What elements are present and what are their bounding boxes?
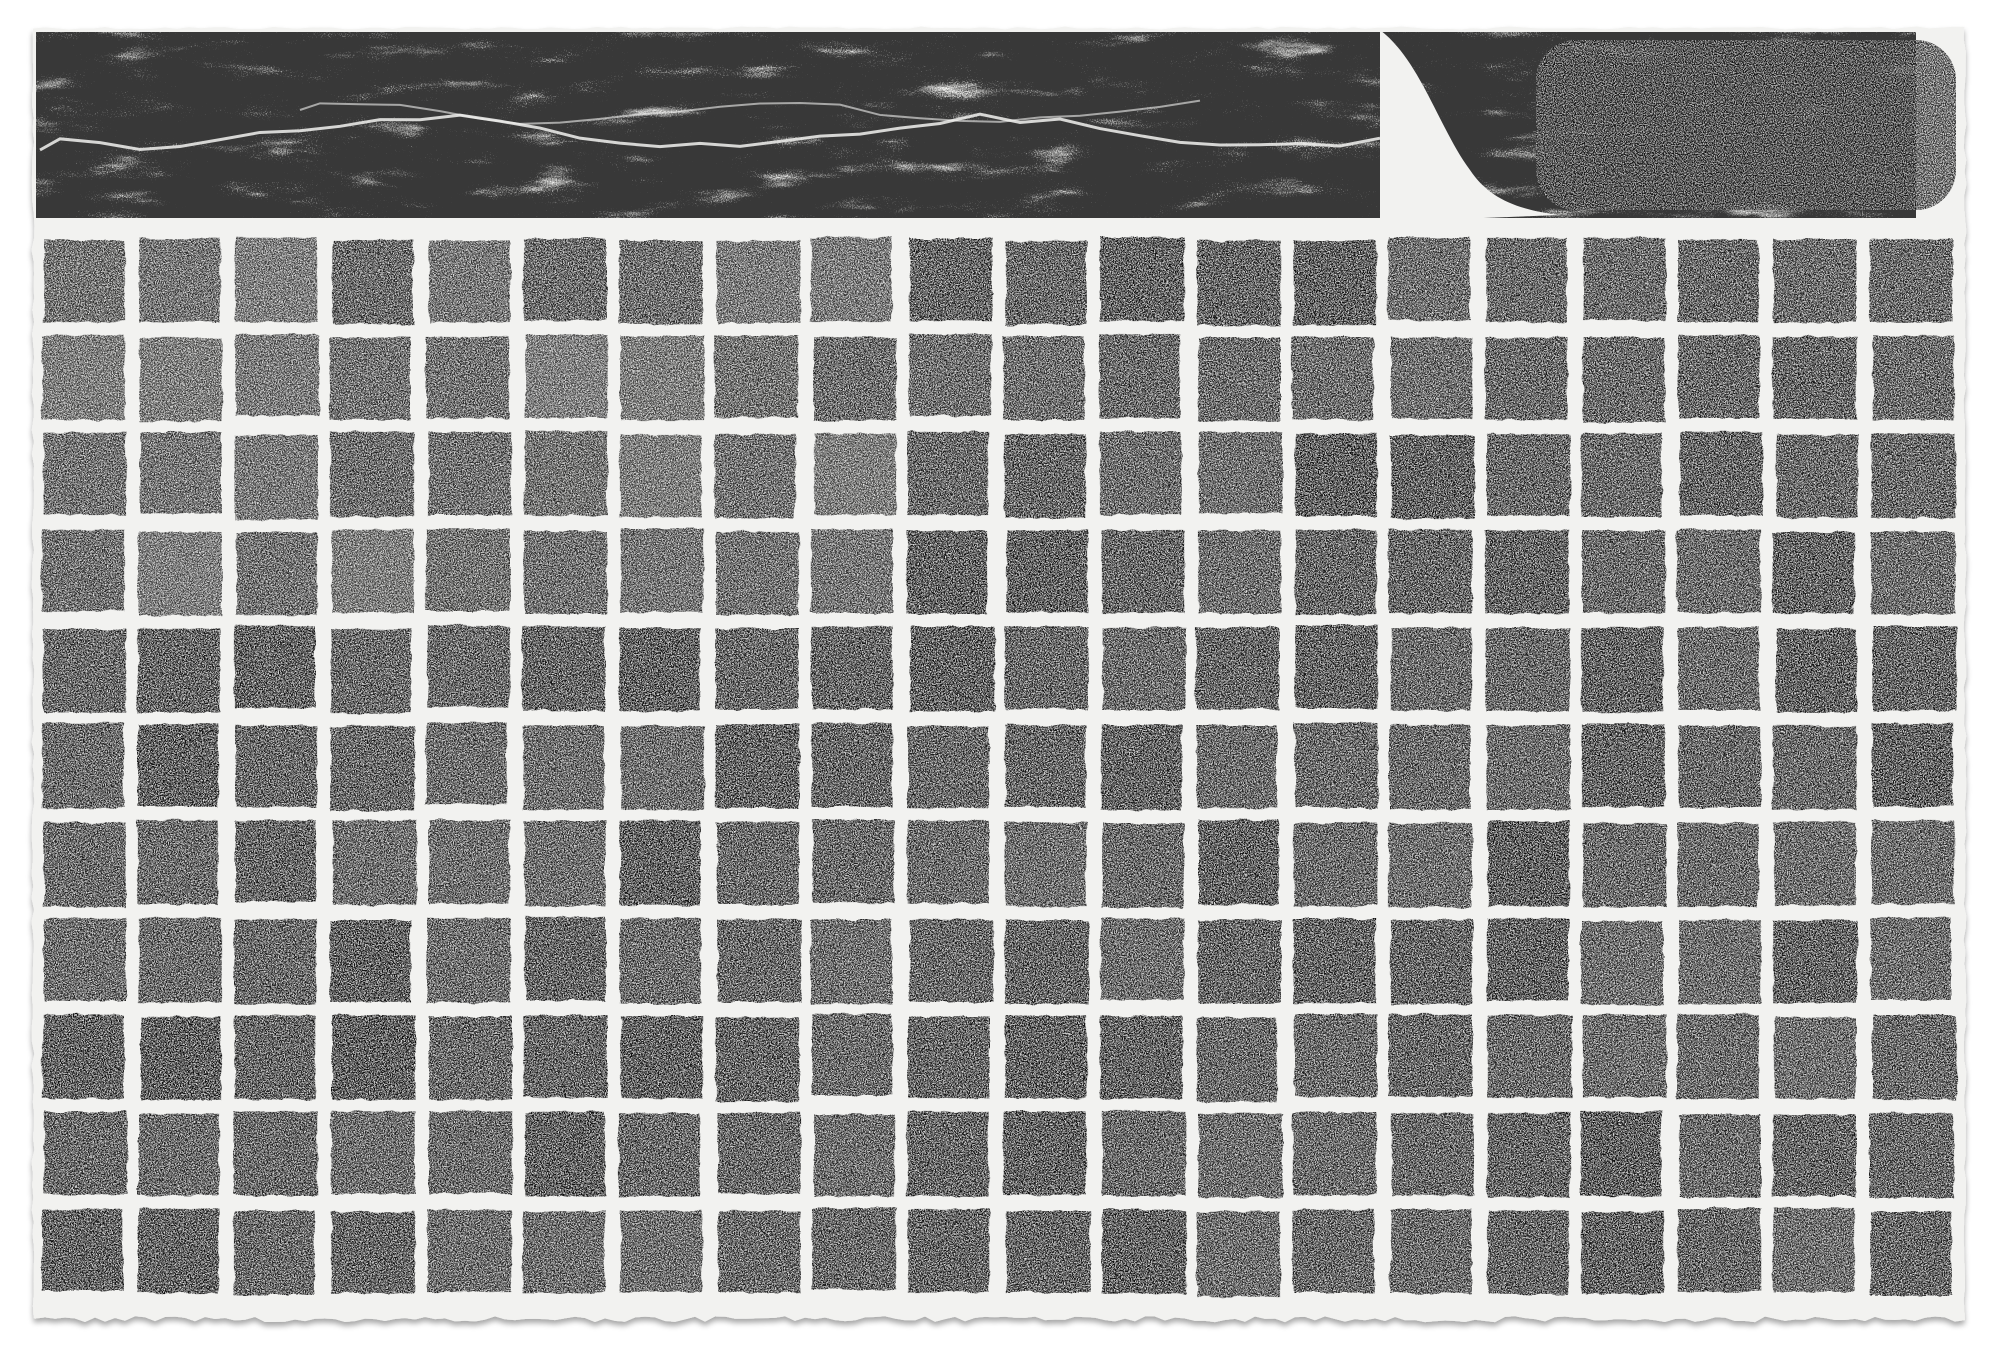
tile bbox=[716, 532, 799, 615]
tile bbox=[1581, 921, 1664, 1005]
tile bbox=[1294, 241, 1377, 325]
tile bbox=[620, 435, 701, 517]
tile bbox=[1487, 1113, 1570, 1197]
tile bbox=[1773, 726, 1857, 810]
tile bbox=[1100, 1016, 1182, 1098]
tile bbox=[811, 529, 893, 613]
tile bbox=[1774, 1017, 1856, 1098]
tile bbox=[429, 1017, 512, 1100]
tile bbox=[428, 1210, 512, 1292]
tile bbox=[908, 726, 989, 808]
tile bbox=[910, 239, 993, 321]
tile bbox=[1391, 435, 1475, 518]
tile bbox=[1485, 338, 1567, 420]
tile bbox=[234, 919, 316, 1004]
tile bbox=[1004, 434, 1085, 518]
tile bbox=[1197, 1212, 1281, 1297]
tile bbox=[44, 1112, 127, 1195]
tile bbox=[1776, 435, 1858, 518]
tile bbox=[138, 532, 222, 616]
paper-sheet bbox=[32, 27, 1967, 1323]
tile bbox=[1871, 918, 1951, 1000]
tile bbox=[1487, 434, 1570, 515]
tile bbox=[812, 724, 892, 807]
tile bbox=[140, 338, 222, 421]
tile bbox=[140, 239, 221, 322]
tile bbox=[1679, 335, 1760, 418]
tile bbox=[427, 625, 509, 706]
tile bbox=[812, 1014, 892, 1096]
tile bbox=[234, 1211, 314, 1296]
tile bbox=[138, 725, 219, 807]
tile bbox=[42, 1210, 123, 1291]
tile bbox=[1581, 627, 1663, 712]
tile bbox=[619, 241, 702, 324]
tile bbox=[716, 629, 799, 710]
tile bbox=[1099, 334, 1180, 417]
tile bbox=[1872, 723, 1953, 806]
tile bbox=[1581, 1112, 1662, 1196]
tile bbox=[1486, 628, 1570, 711]
tile bbox=[1488, 1015, 1572, 1098]
tile bbox=[1006, 1211, 1090, 1293]
tile bbox=[1391, 920, 1472, 1004]
tile bbox=[42, 335, 125, 420]
tile bbox=[235, 238, 317, 323]
tile bbox=[426, 336, 509, 418]
tile bbox=[1295, 723, 1378, 808]
tile bbox=[1677, 530, 1761, 613]
tile bbox=[1776, 629, 1857, 712]
tile bbox=[1388, 823, 1472, 907]
tile bbox=[1583, 823, 1666, 907]
tile bbox=[234, 626, 315, 708]
tile bbox=[428, 432, 511, 515]
tile bbox=[1196, 627, 1279, 709]
print-artwork bbox=[0, 0, 2000, 1356]
tile bbox=[718, 1113, 801, 1194]
tile bbox=[911, 627, 995, 712]
tile bbox=[44, 918, 127, 1001]
tile bbox=[524, 531, 607, 614]
tile bbox=[235, 435, 318, 520]
tile bbox=[141, 432, 222, 513]
tile bbox=[621, 529, 704, 613]
tile bbox=[1392, 1113, 1474, 1195]
tile bbox=[619, 628, 700, 711]
tile bbox=[1197, 725, 1277, 808]
tile bbox=[1005, 1016, 1086, 1099]
tile bbox=[1678, 1208, 1761, 1292]
tile bbox=[525, 917, 606, 1001]
tile bbox=[1773, 337, 1857, 419]
tile bbox=[330, 920, 411, 1002]
tile bbox=[715, 434, 796, 518]
tile bbox=[1294, 919, 1376, 1004]
tile bbox=[1677, 1014, 1759, 1099]
tile bbox=[1292, 337, 1373, 419]
tile bbox=[908, 1017, 990, 1099]
tile bbox=[236, 820, 316, 901]
tile bbox=[1295, 626, 1378, 709]
tile bbox=[1103, 627, 1186, 710]
tile bbox=[1102, 1210, 1186, 1293]
tile bbox=[234, 1111, 318, 1195]
tile bbox=[1391, 1209, 1472, 1293]
tile bbox=[907, 1111, 988, 1196]
tile bbox=[907, 531, 987, 614]
tile bbox=[717, 822, 799, 905]
tile bbox=[1774, 821, 1855, 905]
tile bbox=[1680, 432, 1763, 516]
tile bbox=[235, 1016, 316, 1100]
tile bbox=[1101, 919, 1184, 1000]
tile bbox=[1873, 1015, 1957, 1100]
tile bbox=[1871, 1212, 1952, 1297]
tile bbox=[139, 918, 222, 1003]
tile bbox=[908, 1209, 989, 1292]
tile bbox=[1678, 240, 1758, 322]
tile bbox=[1488, 821, 1569, 906]
tile bbox=[621, 1016, 703, 1098]
tile bbox=[909, 334, 991, 416]
tile bbox=[1102, 1111, 1186, 1196]
tile bbox=[1774, 239, 1857, 322]
tile bbox=[1872, 821, 1955, 904]
tile bbox=[1389, 1014, 1472, 1096]
tile bbox=[1678, 627, 1759, 710]
tile bbox=[1873, 627, 1957, 711]
tile bbox=[718, 919, 802, 1002]
tile bbox=[1583, 338, 1665, 423]
tile bbox=[427, 918, 511, 1002]
tile bbox=[1295, 530, 1376, 615]
tile bbox=[907, 820, 989, 903]
tile bbox=[812, 626, 893, 709]
tile bbox=[330, 432, 413, 517]
tile bbox=[1295, 434, 1377, 516]
tile bbox=[1679, 1115, 1761, 1198]
tile bbox=[525, 431, 608, 515]
tile bbox=[812, 1208, 896, 1289]
tile bbox=[42, 530, 125, 611]
tile bbox=[236, 334, 320, 415]
tile bbox=[1100, 432, 1181, 515]
tile bbox=[1582, 725, 1665, 807]
tile bbox=[429, 820, 509, 904]
tile bbox=[1487, 725, 1571, 810]
tile bbox=[43, 1015, 124, 1099]
tile bbox=[1773, 532, 1855, 613]
tile bbox=[523, 239, 607, 321]
tile bbox=[1294, 823, 1378, 906]
tile bbox=[1103, 824, 1184, 908]
tile bbox=[1870, 1113, 1954, 1198]
tile bbox=[332, 1015, 416, 1100]
tile bbox=[1486, 238, 1567, 322]
tile bbox=[1198, 920, 1281, 1004]
tile bbox=[715, 724, 799, 808]
tile bbox=[1583, 1015, 1667, 1098]
tile bbox=[1773, 1208, 1854, 1292]
tile bbox=[910, 919, 994, 1002]
tile bbox=[1101, 725, 1182, 810]
tile bbox=[1679, 920, 1761, 1005]
tile bbox=[429, 1111, 513, 1193]
tile bbox=[1198, 531, 1280, 614]
tile bbox=[618, 1113, 699, 1196]
tile bbox=[141, 1017, 222, 1100]
tile bbox=[1100, 237, 1184, 321]
tile bbox=[429, 240, 511, 323]
tile bbox=[1003, 336, 1084, 420]
tile bbox=[1197, 1018, 1277, 1102]
tile bbox=[1389, 530, 1472, 613]
tile bbox=[621, 726, 704, 810]
tile bbox=[1293, 1210, 1375, 1293]
tile bbox=[1870, 239, 1953, 322]
tile bbox=[1006, 530, 1087, 612]
tile bbox=[1871, 434, 1955, 518]
tile bbox=[1294, 1014, 1377, 1097]
tile bbox=[525, 821, 605, 906]
tile bbox=[1003, 1112, 1086, 1196]
tile bbox=[814, 1115, 895, 1197]
tile bbox=[1390, 725, 1471, 810]
tile bbox=[522, 626, 605, 711]
tile bbox=[621, 1211, 703, 1293]
tile bbox=[524, 1016, 607, 1098]
tile bbox=[333, 820, 417, 904]
tile bbox=[1774, 920, 1857, 1003]
tile bbox=[331, 1212, 414, 1294]
tile bbox=[1485, 530, 1569, 614]
tile bbox=[1005, 627, 1088, 710]
tile bbox=[138, 629, 220, 713]
tile bbox=[1581, 434, 1662, 517]
tile bbox=[1199, 820, 1279, 904]
tile bbox=[42, 723, 123, 808]
tile bbox=[138, 1209, 219, 1293]
tile bbox=[811, 920, 892, 1004]
tile bbox=[1388, 237, 1470, 320]
tile bbox=[1679, 726, 1761, 808]
tile bbox=[44, 823, 126, 907]
tile bbox=[139, 1114, 220, 1196]
tile bbox=[621, 336, 705, 420]
tile bbox=[1581, 1212, 1663, 1294]
tile bbox=[1198, 338, 1280, 422]
tile bbox=[43, 433, 126, 515]
tile bbox=[811, 237, 892, 321]
tile bbox=[715, 336, 799, 418]
tile bbox=[813, 820, 894, 903]
tile bbox=[620, 820, 700, 905]
tile bbox=[814, 434, 896, 515]
tile bbox=[236, 726, 318, 807]
tile bbox=[1005, 241, 1086, 325]
tile bbox=[814, 337, 897, 421]
tile bbox=[523, 1212, 605, 1293]
tile bbox=[1773, 1115, 1856, 1196]
tile bbox=[1005, 822, 1086, 907]
tile bbox=[1102, 530, 1184, 613]
tile bbox=[331, 629, 411, 714]
tile bbox=[237, 532, 318, 615]
tile bbox=[332, 530, 414, 613]
tile bbox=[717, 241, 801, 324]
tile bbox=[331, 1111, 415, 1194]
tile bbox=[1873, 336, 1954, 420]
tile bbox=[332, 240, 413, 324]
tile bbox=[1197, 241, 1281, 326]
tile bbox=[1584, 237, 1666, 320]
tile bbox=[1005, 920, 1089, 1004]
tile bbox=[1582, 531, 1665, 613]
tile bbox=[620, 918, 701, 1003]
tile bbox=[1005, 725, 1086, 807]
tile bbox=[1199, 1114, 1283, 1198]
tile bbox=[1293, 1112, 1377, 1195]
tile bbox=[44, 240, 125, 322]
tile bbox=[908, 432, 989, 515]
tile bbox=[331, 726, 415, 810]
tile bbox=[524, 726, 605, 810]
tile bbox=[137, 820, 217, 904]
tile bbox=[1391, 338, 1472, 419]
tile bbox=[1488, 1210, 1569, 1294]
tile bbox=[426, 723, 507, 804]
tile bbox=[716, 1017, 799, 1101]
tile bbox=[1487, 918, 1568, 1000]
tile bbox=[43, 629, 126, 713]
tile bbox=[526, 335, 608, 419]
tile bbox=[718, 1211, 800, 1292]
tile bbox=[330, 338, 410, 420]
tile bbox=[1678, 823, 1759, 906]
tile bbox=[1391, 628, 1472, 711]
tile bbox=[1199, 432, 1283, 513]
tile bbox=[426, 529, 510, 611]
tile bbox=[1871, 532, 1955, 615]
tile bbox=[525, 1112, 605, 1196]
textured-top-band bbox=[36, 30, 1956, 222]
paper-deckle-edge bbox=[32, 27, 1967, 1323]
